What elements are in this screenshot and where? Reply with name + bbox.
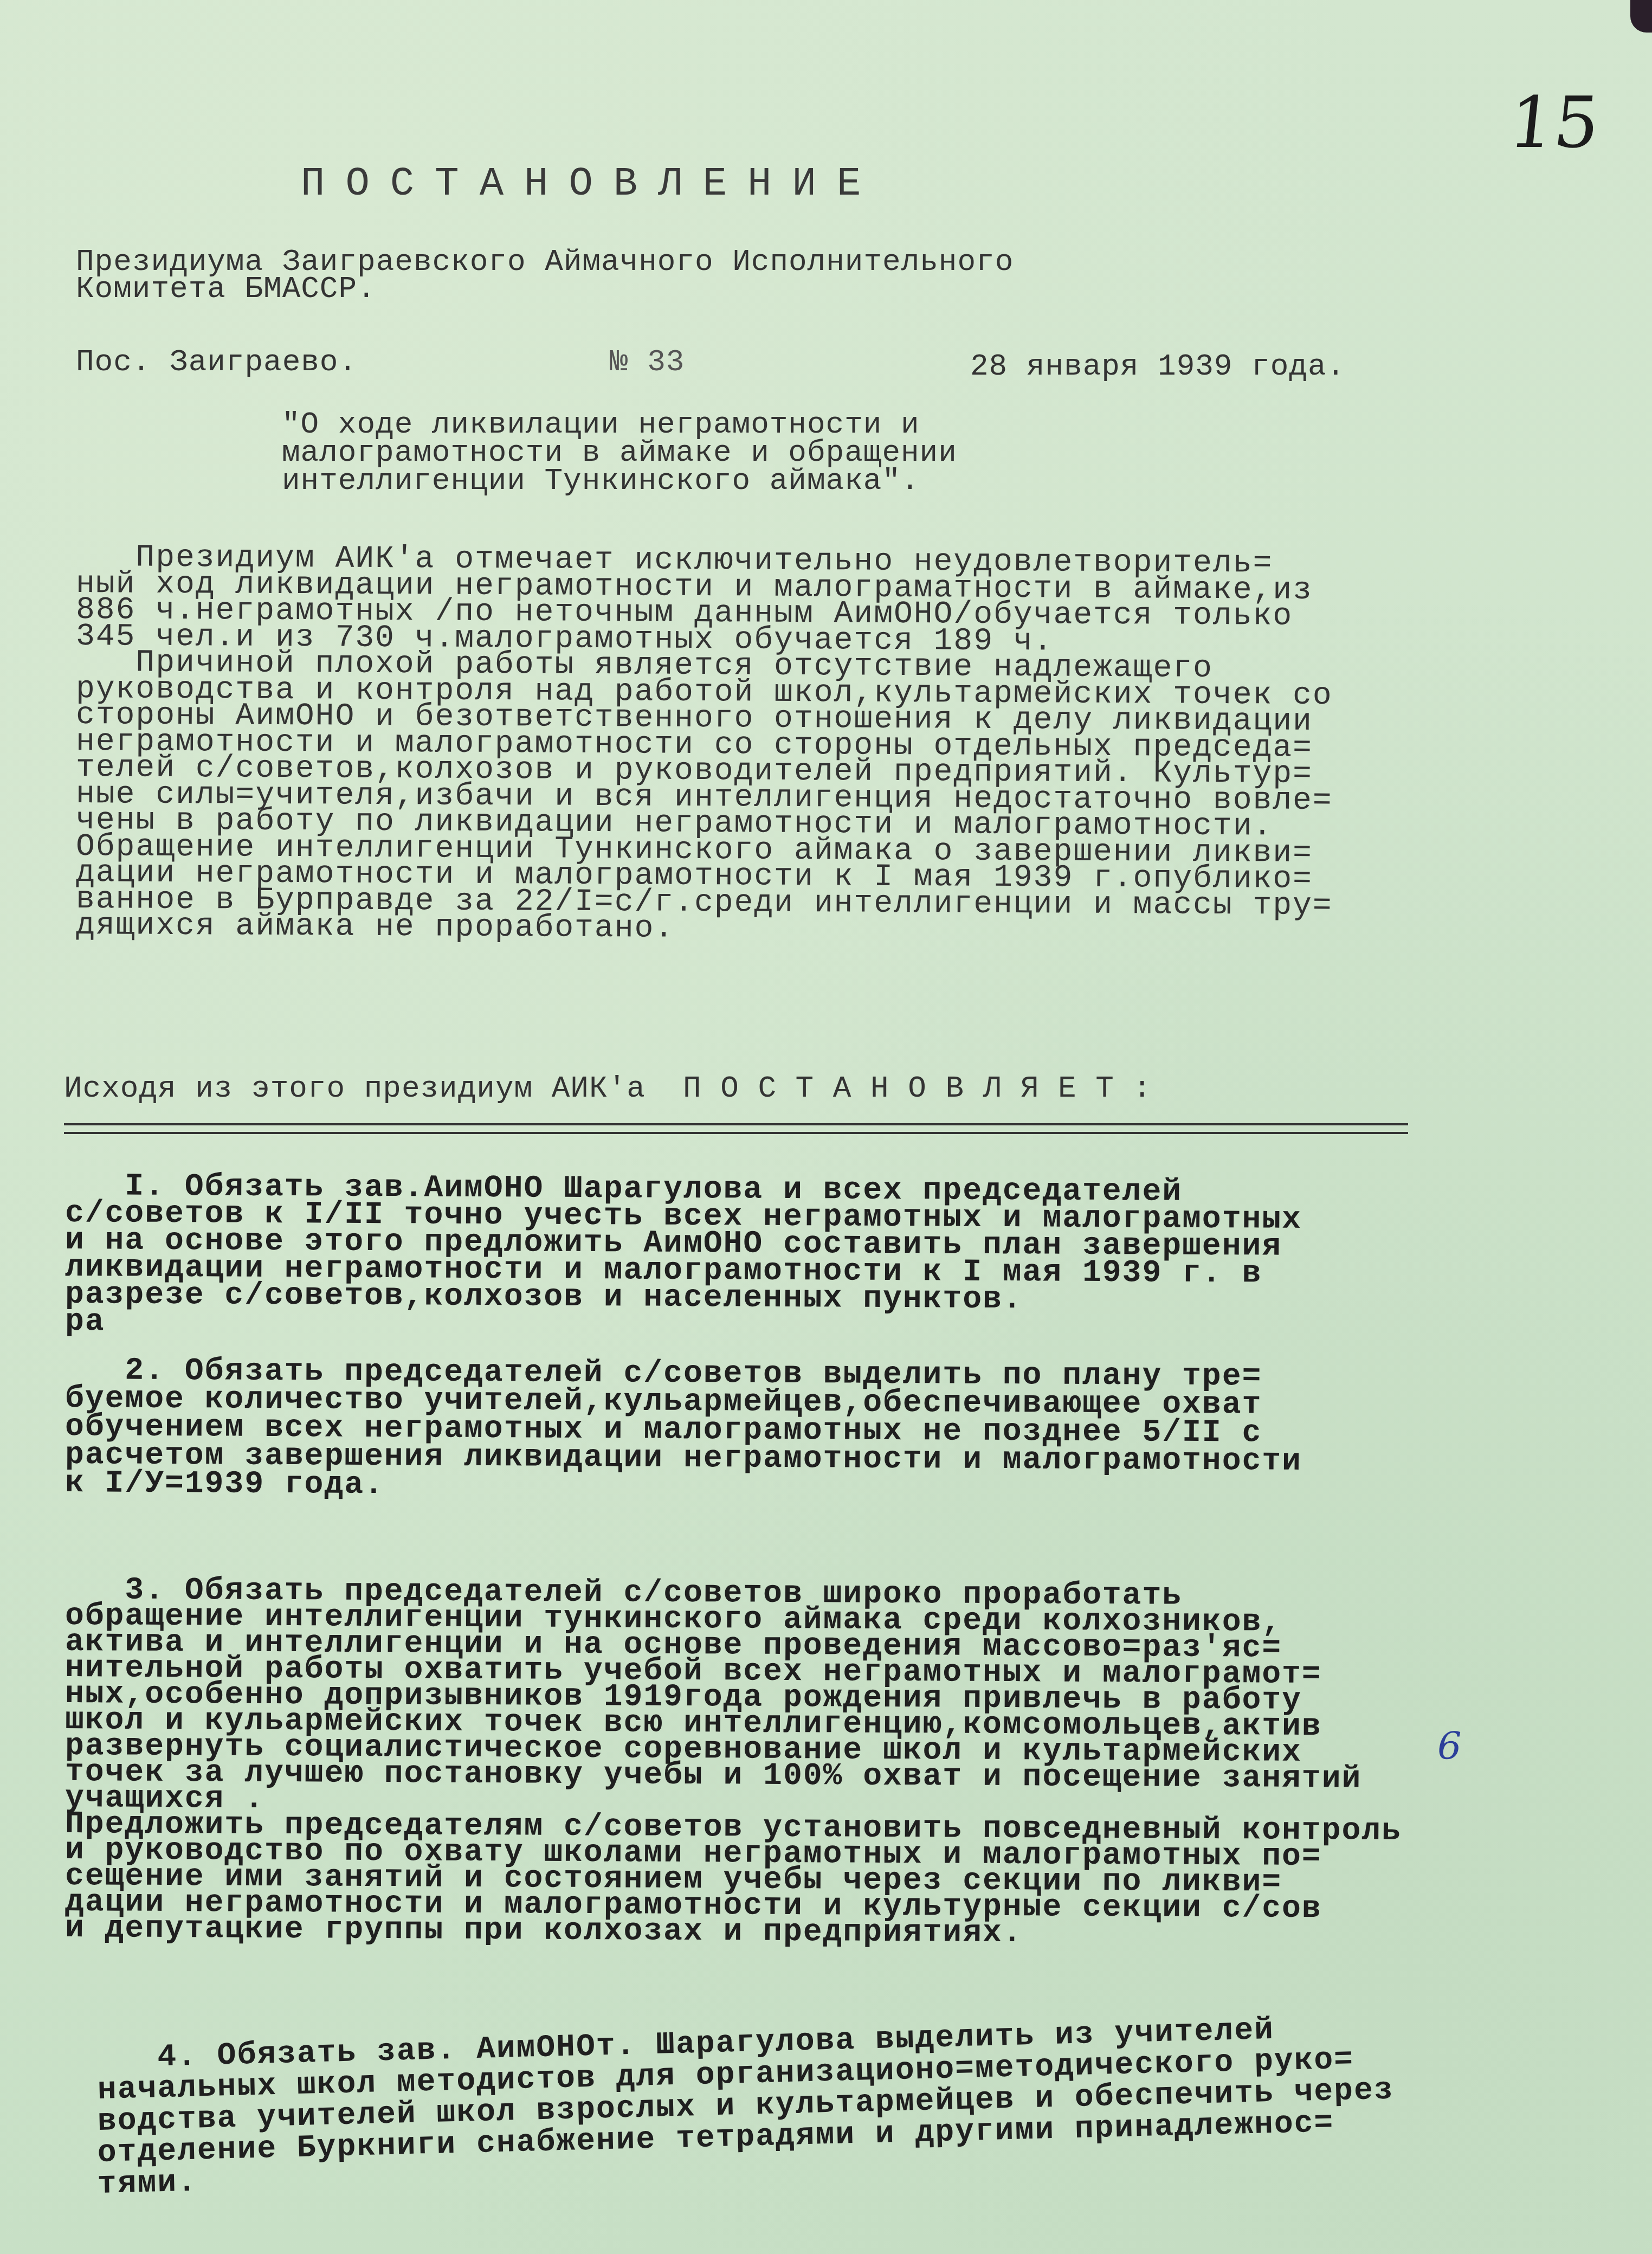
archival-document-page: 15 ПОСТАНОВЛЕНИЕ Президиума Заиграевског… — [0, 0, 1652, 2254]
item4-line: тями. — [97, 2167, 197, 2201]
document-number: № 33 — [610, 347, 685, 377]
place: Пос. Заиграево. — [76, 347, 357, 377]
double-underline-bottom — [64, 1132, 1408, 1134]
item1-line: разрезе с/советов,колхозов и населенных … — [65, 1279, 1023, 1316]
resolution-heading: Исходя из этого президиум АИК'а П О С Т … — [64, 1073, 1152, 1104]
double-underline-top — [64, 1123, 1408, 1125]
item2-line: к I/У=1939 года. — [65, 1468, 384, 1501]
handwritten-margin-note: 6 — [1437, 1724, 1462, 1768]
preamble-line: дящихся аймака не проработано. — [76, 910, 674, 945]
item1-line: ра — [65, 1306, 105, 1338]
scan-edge — [1630, 0, 1652, 33]
issuer-line-2: Комитета БМАССР. — [76, 274, 376, 304]
handwritten-page-number: 15 — [1505, 81, 1603, 164]
item3-line: и депутацкие группы при колхозах и предп… — [65, 1913, 1023, 1949]
subject-line: интеллигенции Тункинского аймака". — [282, 466, 920, 496]
document-title: ПОСТАНОВЛЕНИЕ — [301, 162, 881, 207]
document-date: 28 января 1939 года. — [970, 351, 1345, 382]
